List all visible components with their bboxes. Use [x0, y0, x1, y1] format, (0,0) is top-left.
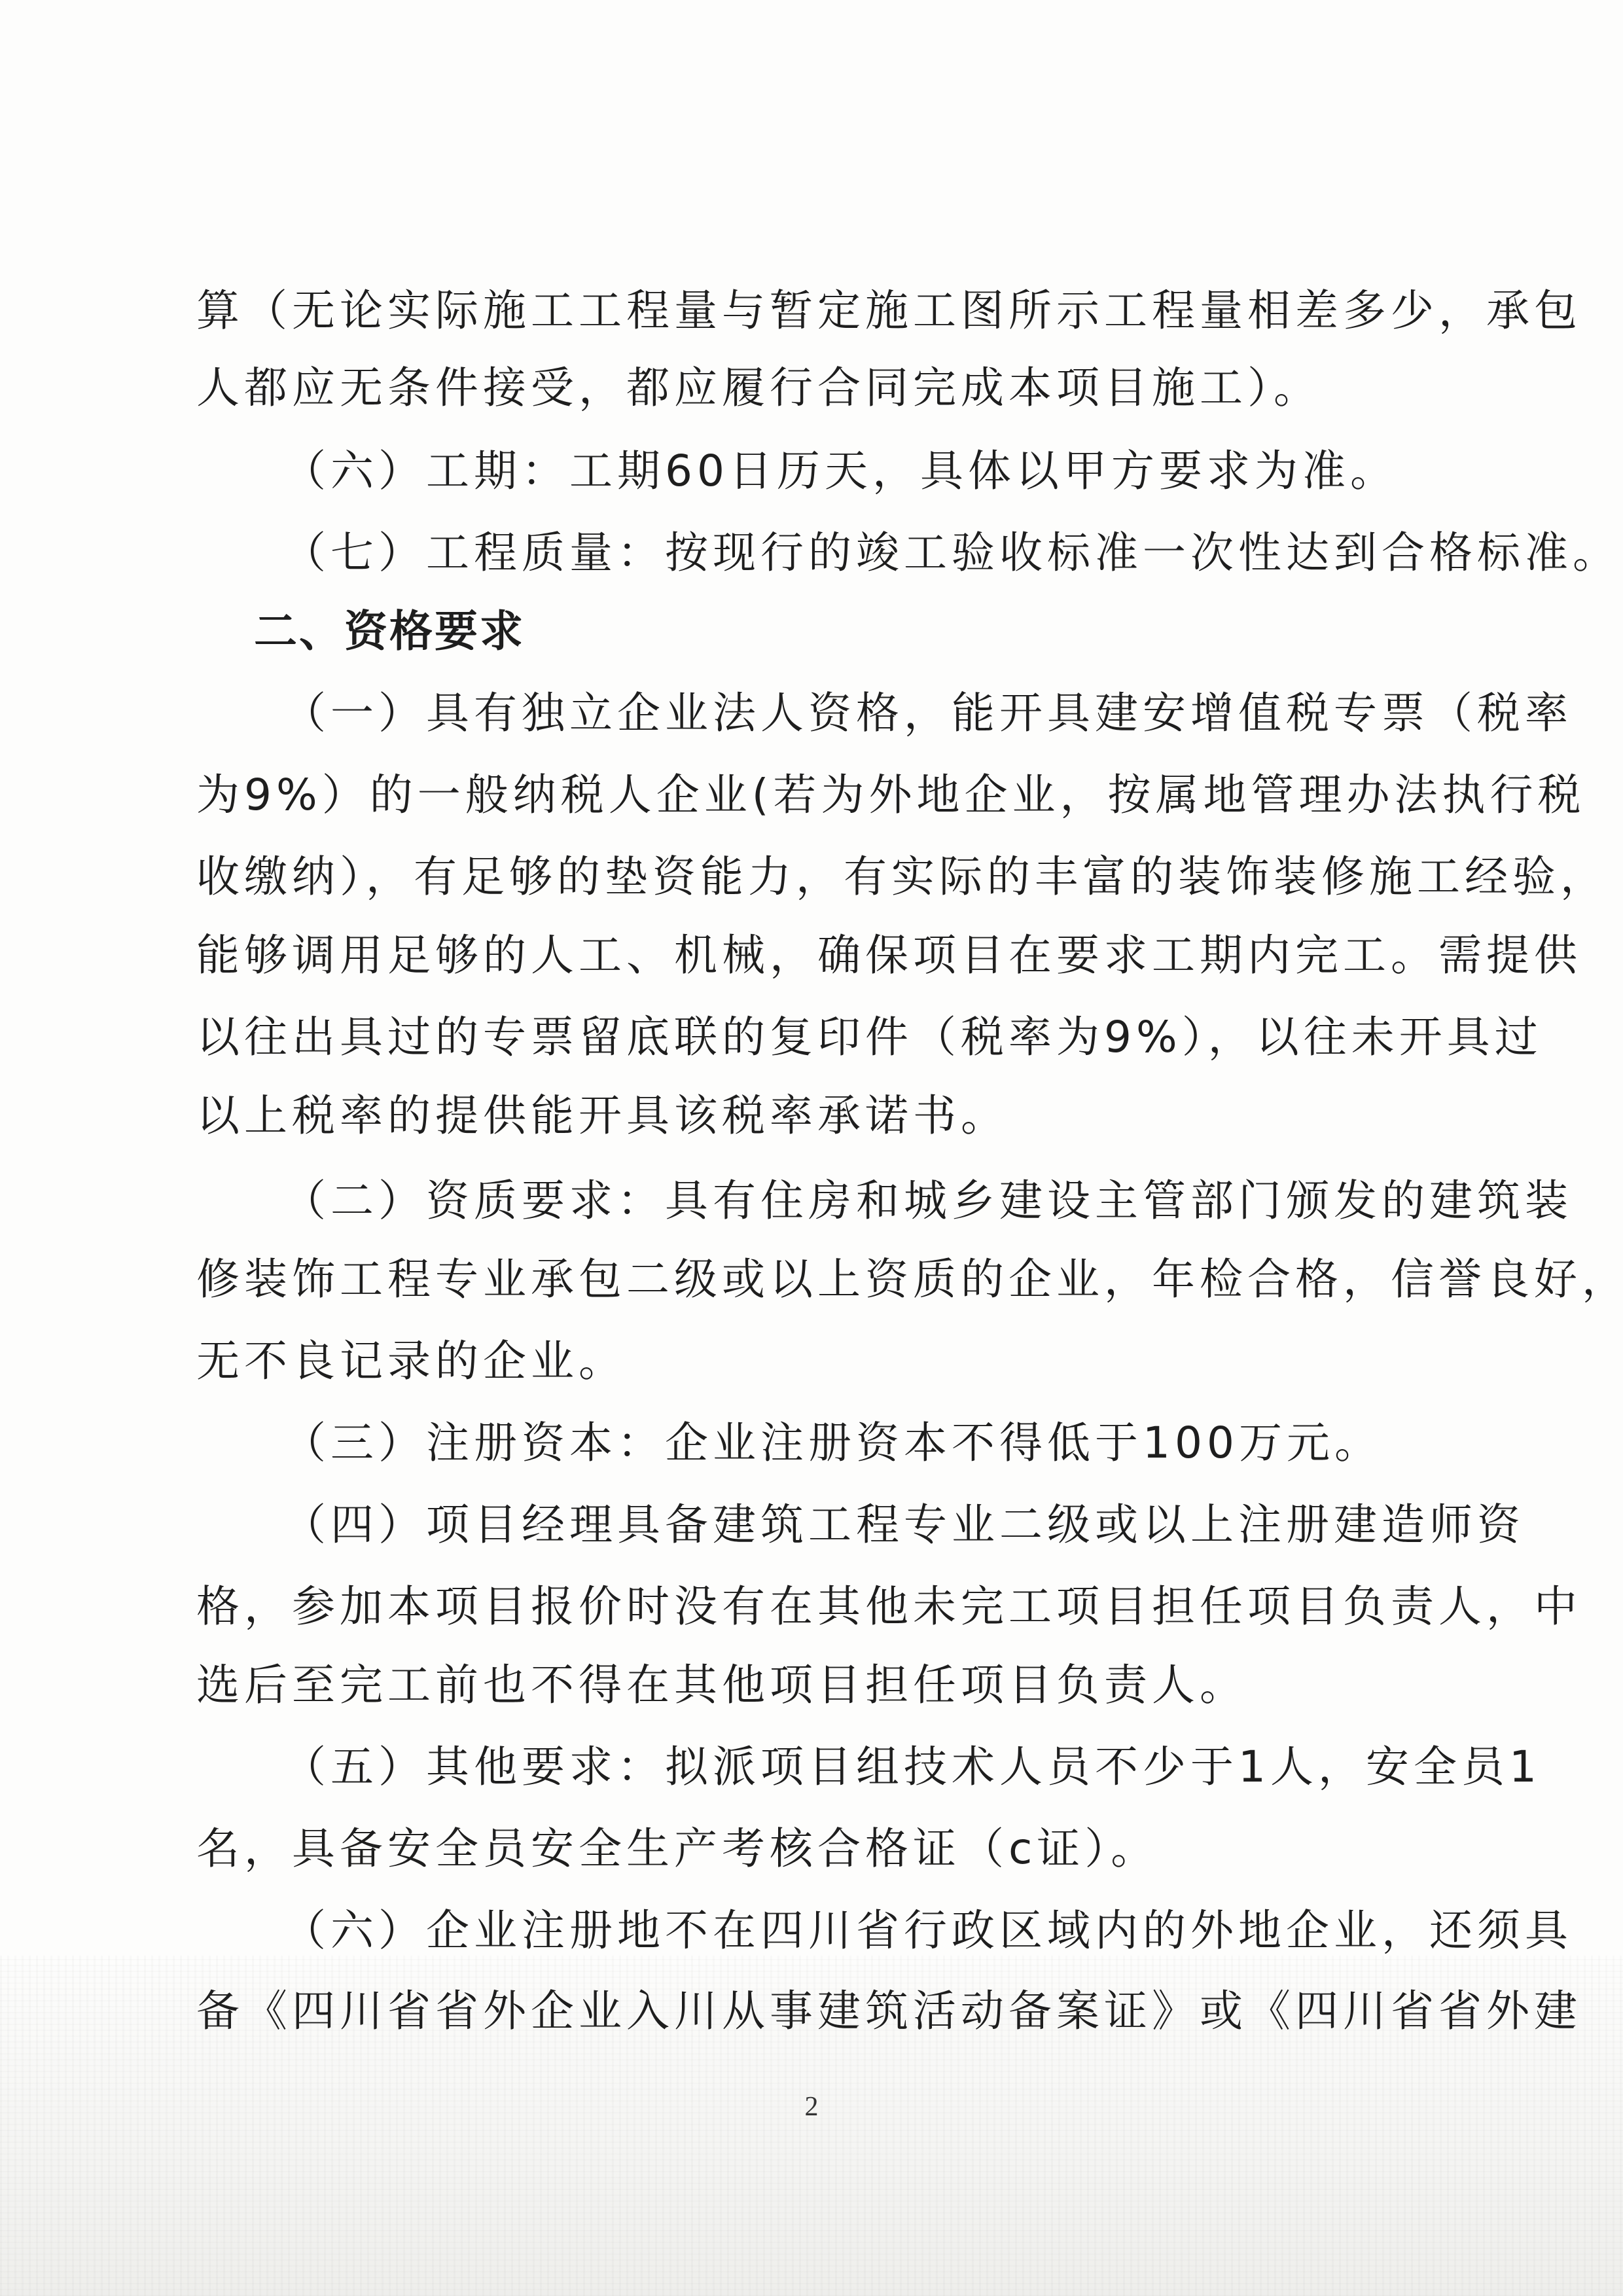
paragraph-line: 选后至完工前也不得在其他项目担任项目负责人。	[196, 1659, 1247, 1712]
paragraph-line: 收缴纳），有足够的垫资能力，有实际的丰富的装饰装修施工经验，	[196, 851, 1608, 903]
paragraph-line: 备《四川省省外企业入川从事建筑活动备案证》或《四川省省外建	[196, 1985, 1582, 2037]
paragraph-line: 为9%）的一般纳税人企业(若为外地企业，按属地管理办法执行税	[196, 769, 1585, 821]
paragraph-line: 以上税率的提供能开具该税率承诺书。	[196, 1090, 1008, 1142]
paragraph-line: 名，具备安全员安全生产考核合格证（c证）。	[196, 1823, 1158, 1875]
paragraph-line-item-4: （四）项目经理具备建筑工程专业二级或以上注册建造师资	[283, 1499, 1525, 1551]
page-number: 2	[0, 2091, 1623, 2123]
paragraph-line-item-5: （五）其他要求：拟派项目组技术人员不少于1人，安全员1	[283, 1741, 1541, 1793]
paragraph-line-item-1: （一）具有独立企业法人资格，能开具建安增值税专票（税率	[283, 687, 1573, 740]
paragraph-line-item-6: （六）企业注册地不在四川省行政区域内的外地企业，还须具	[283, 1905, 1573, 1957]
paragraph-line: 格，参加本项目报价时没有在其他未完工项目担任项目负责人，中	[196, 1581, 1582, 1633]
paragraph-line-item-3: （三）注册资本：企业注册资本不得低于100万元。	[283, 1417, 1382, 1469]
paragraph-line-item-2: （二）资质要求：具有住房和城乡建设主管部门颁发的建筑装	[283, 1175, 1573, 1227]
paragraph-line: 能够调用足够的人工、机械，确保项目在要求工期内完工。需提供	[196, 929, 1582, 982]
paragraph-line: 算（无论实际施工工程量与暂定施工图所示工程量相差多少，承包	[196, 285, 1582, 337]
paragraph-line: 人都应无条件接受，都应履行合同完成本项目施工）。	[196, 362, 1321, 414]
paragraph-line-duration: （六）工期：工期60日历天，具体以甲方要求为准。	[283, 445, 1398, 497]
paragraph-line: 修装饰工程专业承包二级或以上资质的企业，年检合格，信誉良好，	[196, 1253, 1623, 1306]
paragraph-line: 以往出具过的专票留底联的复印件（税率为9%），以往未开具过	[196, 1011, 1543, 1064]
section-heading-qualification: 二、资格要求	[254, 605, 525, 658]
paragraph-line: 无不良记录的企业。	[196, 1335, 626, 1388]
paragraph-line-quality: （七）工程质量：按现行的竣工验收标准一次性达到合格标准。	[283, 527, 1620, 579]
